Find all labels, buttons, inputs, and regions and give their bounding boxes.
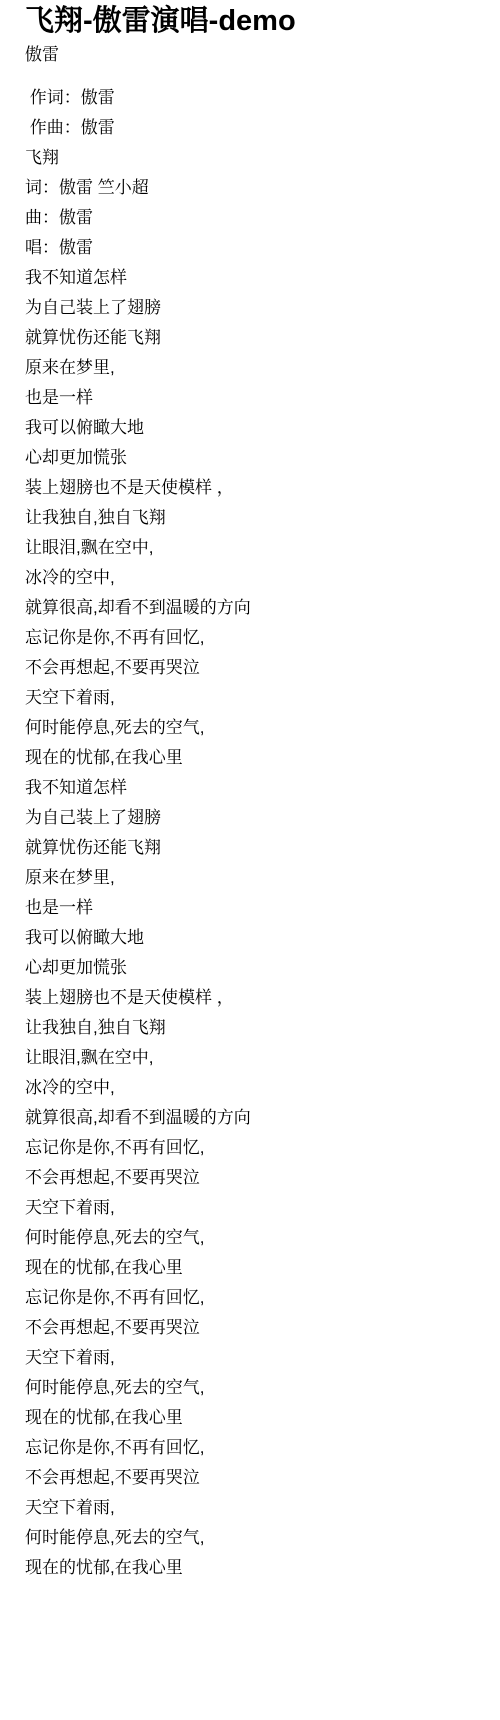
lyric-line: 现在的忧郁,在我心里 (25, 743, 480, 773)
lyric-line: 就算忧伤还能飞翔 (25, 833, 480, 863)
lyric-line: 原来在梦里, (25, 863, 480, 893)
artist-name: 傲雷 (25, 40, 480, 70)
lyric-line: 让眼泪,飘在空中, (25, 533, 480, 563)
lyric-line: 天空下着雨, (25, 1493, 480, 1523)
lyric-line: 忘记你是你,不再有回忆, (25, 1433, 480, 1463)
lyric-line: 为自己装上了翅膀 (25, 293, 480, 323)
lyric-line: 天空下着雨, (25, 1343, 480, 1373)
lyric-line: 现在的忧郁,在我心里 (25, 1403, 480, 1433)
lyric-line: 也是一样 (25, 893, 480, 923)
lyrics-page: 飞翔-傲雷演唱-demo 傲雷 作词：傲雷 作曲：傲雷飞翔词：傲雷 竺小超曲：傲… (0, 0, 500, 1583)
lyric-line: 冰冷的空中, (25, 1073, 480, 1103)
lyric-line: 唱：傲雷 (25, 233, 480, 263)
lyric-line: 让眼泪,飘在空中, (25, 1043, 480, 1073)
lyric-line: 我可以俯瞰大地 (25, 923, 480, 953)
lyric-line: 词：傲雷 竺小超 (25, 173, 480, 203)
lyric-line: 忘记你是你,不再有回忆, (25, 1283, 480, 1313)
lyric-line: 忘记你是你,不再有回忆, (25, 1133, 480, 1163)
lyric-line: 心却更加慌张 (25, 953, 480, 983)
page-title: 飞翔-傲雷演唱-demo (25, 2, 480, 40)
lyric-line: 心却更加慌张 (25, 443, 480, 473)
lyric-line: 让我独自,独自飞翔 (25, 503, 480, 533)
lyric-line: 为自己装上了翅膀 (25, 803, 480, 833)
lyric-line: 飞翔 (25, 143, 480, 173)
lyric-line: 天空下着雨, (25, 1193, 480, 1223)
lyric-line: 不会再想起,不要再哭泣 (25, 1463, 480, 1493)
lyric-line: 就算忧伤还能飞翔 (25, 323, 480, 353)
lyric-line: 何时能停息,死去的空气, (25, 1373, 480, 1403)
lyric-line: 天空下着雨, (25, 683, 480, 713)
lyric-line: 曲：傲雷 (25, 203, 480, 233)
lyric-line: 不会再想起,不要再哭泣 (25, 1163, 480, 1193)
lyric-line: 作词：傲雷 (25, 83, 480, 113)
lyric-line: 我不知道怎样 (25, 263, 480, 293)
lyric-line: 忘记你是你,不再有回忆, (25, 623, 480, 653)
lyric-line: 作曲：傲雷 (25, 113, 480, 143)
lyric-line: 现在的忧郁,在我心里 (25, 1553, 480, 1583)
lyric-line: 不会再想起,不要再哭泣 (25, 1313, 480, 1343)
lyric-line: 就算很高,却看不到温暖的方向 (25, 593, 480, 623)
lyric-line: 冰冷的空中, (25, 563, 480, 593)
lyric-line: 不会再想起,不要再哭泣 (25, 653, 480, 683)
lyric-line: 就算很高,却看不到温暖的方向 (25, 1103, 480, 1133)
lyric-line: 让我独自,独自飞翔 (25, 1013, 480, 1043)
lyric-line: 何时能停息,死去的空气, (25, 1523, 480, 1553)
lyric-line: 我不知道怎样 (25, 773, 480, 803)
lyric-line: 原来在梦里, (25, 353, 480, 383)
lyric-line: 我可以俯瞰大地 (25, 413, 480, 443)
lyric-line: 何时能停息,死去的空气, (25, 713, 480, 743)
lyric-line: 装上翅膀也不是天使模样 ， (25, 473, 480, 503)
lyrics-block: 作词：傲雷 作曲：傲雷飞翔词：傲雷 竺小超曲：傲雷唱：傲雷我不知道怎样为自己装上… (25, 83, 480, 1583)
lyric-line: 何时能停息,死去的空气, (25, 1223, 480, 1253)
lyric-line: 装上翅膀也不是天使模样 ， (25, 983, 480, 1013)
lyric-line: 也是一样 (25, 383, 480, 413)
lyric-line: 现在的忧郁,在我心里 (25, 1253, 480, 1283)
